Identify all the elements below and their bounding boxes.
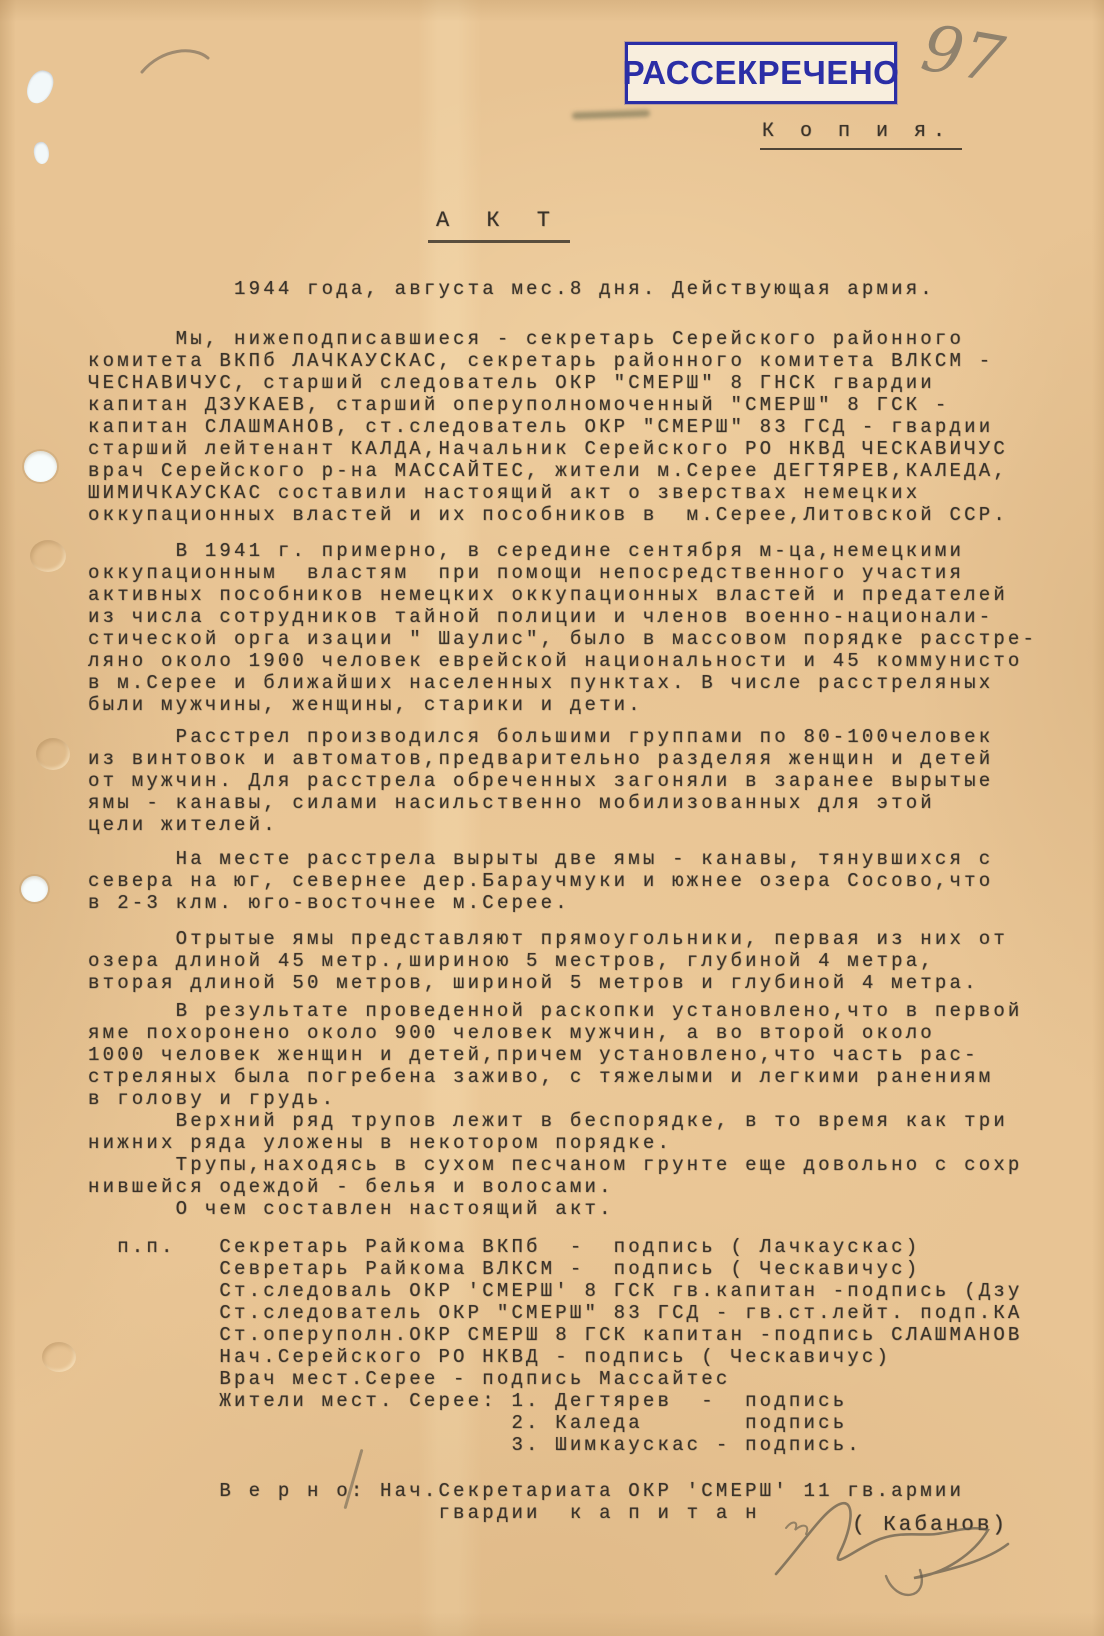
text-line: стической орга изации " Шаулис", было в … bbox=[88, 628, 1104, 650]
paragraph-5: Отрытые ямы представляют прямоугольники,… bbox=[88, 928, 1104, 994]
text-line: Ст.следоваль ОКР 'СМЕРШ' 8 ГСК гв.капита… bbox=[88, 1280, 1104, 1302]
text-line: Расстрел производился большими группами … bbox=[88, 726, 1104, 748]
text-line: Отрытые ямы представляют прямоугольники,… bbox=[88, 928, 1104, 950]
text-line: ШИМИЧКАУСКАС составили настоящий акт о з… bbox=[88, 482, 1104, 504]
text-line: от мужчин. Для расстрела обреченных заго… bbox=[88, 770, 1104, 792]
paragraph-2: В 1941 г. примерно, в середине сентября … bbox=[88, 540, 1104, 716]
text-line: Жители мест. Серее: 1. Дегтярев - подпис… bbox=[88, 1390, 1104, 1412]
text-line: 2. Каледа подпись bbox=[88, 1412, 1104, 1434]
embossed-ring-mark bbox=[42, 1342, 76, 1372]
text-line: В результате проведенной раскопки устано… bbox=[88, 1000, 1104, 1022]
text-line: были мужчины, женщины, старики и дети. bbox=[88, 694, 1104, 716]
paper-tear-mark bbox=[23, 67, 56, 107]
text-line: севера на юг, севернее дер.Бараучмуки и … bbox=[88, 870, 1104, 892]
text-line: Врач мест.Серее - подпись Массайтес bbox=[88, 1368, 1104, 1390]
signature-block: п.п. Секретарь Райкома ВКПб - подпись ( … bbox=[88, 1236, 1104, 1456]
text-line: стреляных была погребена заживо, с тяжел… bbox=[88, 1066, 1104, 1088]
text-line: ямы - канавы, силами насильственно мобил… bbox=[88, 792, 1104, 814]
punch-hole bbox=[21, 876, 48, 902]
text-line: старший лейтенант КАЛДА,Начальник Серейс… bbox=[88, 438, 1104, 460]
text-line: из винтовок и автоматов,предварительно р… bbox=[88, 748, 1104, 770]
text-line: активных пособников немецких оккупационн… bbox=[88, 584, 1104, 606]
text-line: цели жителей. bbox=[88, 814, 1104, 836]
document-title: А К Т bbox=[428, 208, 570, 243]
text-line: 3. Шимкаускас - подпись. bbox=[88, 1434, 1104, 1456]
paragraph-7: Верхний ряд трупов лежит в беспорядке, в… bbox=[88, 1110, 1104, 1154]
text-line: оккупационных властей и их пособников в … bbox=[88, 504, 1104, 526]
text-line: врач Серейского р-на МАССАЙТЕС, жители м… bbox=[88, 460, 1104, 482]
text-line: оккупационным властям при помощи непосре… bbox=[88, 562, 1104, 584]
text-line: В 1941 г. примерно, в середине сентября … bbox=[88, 540, 1104, 562]
paragraph-4: На месте расстрела вырыты две ямы - кана… bbox=[88, 848, 1104, 914]
text-line: в голову и грудь. bbox=[88, 1088, 1104, 1110]
handwritten-signature bbox=[768, 1476, 1038, 1616]
embossed-ring-mark bbox=[36, 738, 70, 770]
text-line: капитан СЛАШМАНОВ, ст.следователь ОКР "С… bbox=[88, 416, 1104, 438]
pencil-mark bbox=[136, 44, 232, 84]
date-line: 1944 года, августа мес.8 дня. Действующа… bbox=[88, 278, 1104, 300]
text-line: ЧЕСНАВИЧУС, старший следователь ОКР "СМЕ… bbox=[88, 372, 1104, 394]
text-line: в м.Серее и ближайших населенных пунктах… bbox=[88, 672, 1104, 694]
text-line: Верхний ряд трупов лежит в беспорядке, в… bbox=[88, 1110, 1104, 1132]
text-line: п.п. Секретарь Райкома ВКПб - подпись ( … bbox=[88, 1236, 1104, 1258]
text-line: 1944 года, августа мес.8 дня. Действующа… bbox=[88, 278, 1104, 300]
text-line: яме похоронено около 900 человек мужчин,… bbox=[88, 1022, 1104, 1044]
handwritten-page-number: 97 bbox=[916, 11, 1009, 98]
paragraph-1: Мы, нижеподписавшиеся - секретарь Серейс… bbox=[88, 328, 1104, 526]
paper-tear-mark bbox=[32, 141, 51, 166]
text-line: нижних ряда уложены в некотором порядке. bbox=[88, 1132, 1104, 1154]
text-line: 1000 человек женщин и детей,причем устан… bbox=[88, 1044, 1104, 1066]
text-line: нившейся одеждой - белья и волосами. bbox=[88, 1176, 1104, 1198]
text-line: На месте расстрела вырыты две ямы - кана… bbox=[88, 848, 1104, 870]
text-line: Нач.Серейского РО НКВД - подпись ( Ческа… bbox=[88, 1346, 1104, 1368]
document-page: РАССЕКРЕЧЕНО 97 К о п и я. А К Т 1944 го… bbox=[0, 0, 1104, 1636]
text-line: Ст.оперуполн.ОКР СМЕРШ 8 ГСК капитан -по… bbox=[88, 1324, 1104, 1346]
text-line: в 2-3 клм. юго-восточнее м.Серее. bbox=[88, 892, 1104, 914]
punch-hole bbox=[24, 451, 57, 482]
embossed-ring-mark bbox=[30, 540, 66, 572]
text-line: вторая длиной 50 метров, шириной 5 метро… bbox=[88, 972, 1104, 994]
text-line: Трупы,находясь в сухом песчаном грунте е… bbox=[88, 1154, 1104, 1176]
text-line: капитан ДЗУКАЕВ, старший оперуполномочен… bbox=[88, 394, 1104, 416]
declassified-stamp: РАССЕКРЕЧЕНО bbox=[625, 42, 897, 104]
paragraph-6: В результате проведенной раскопки устано… bbox=[88, 1000, 1104, 1110]
text-line: О чем составлен настоящий акт. bbox=[88, 1198, 1104, 1220]
text-line: Ст.следователь ОКР "СМЕРШ" 83 ГСД - гв.с… bbox=[88, 1302, 1104, 1324]
paragraph-3: Расстрел производился большими группами … bbox=[88, 726, 1104, 836]
declassified-stamp-label: РАССЕКРЕЧЕНО bbox=[623, 54, 900, 92]
text-line: ляно около 1900 человек еврейской национ… bbox=[88, 650, 1104, 672]
document-body: 1944 года, августа мес.8 дня. Действующа… bbox=[88, 278, 1104, 1524]
ink-stain bbox=[572, 110, 650, 120]
text-line: озера длиной 45 метр.,шириною 5 местров,… bbox=[88, 950, 1104, 972]
text-line: Мы, нижеподписавшиеся - секретарь Серейс… bbox=[88, 328, 1104, 350]
copy-label: К о п и я. bbox=[760, 120, 962, 150]
text-line: Севретарь Райкома ВЛКСМ - подпись ( Ческ… bbox=[88, 1258, 1104, 1280]
paragraph-8: Трупы,находясь в сухом песчаном грунте е… bbox=[88, 1154, 1104, 1198]
text-line: комитета ВКПб ЛАЧКАУСКАС, секретарь райо… bbox=[88, 350, 1104, 372]
text-line: из числа сотрудников тайной полиции и чл… bbox=[88, 606, 1104, 628]
paragraph-9: О чем составлен настоящий акт. bbox=[88, 1198, 1104, 1220]
